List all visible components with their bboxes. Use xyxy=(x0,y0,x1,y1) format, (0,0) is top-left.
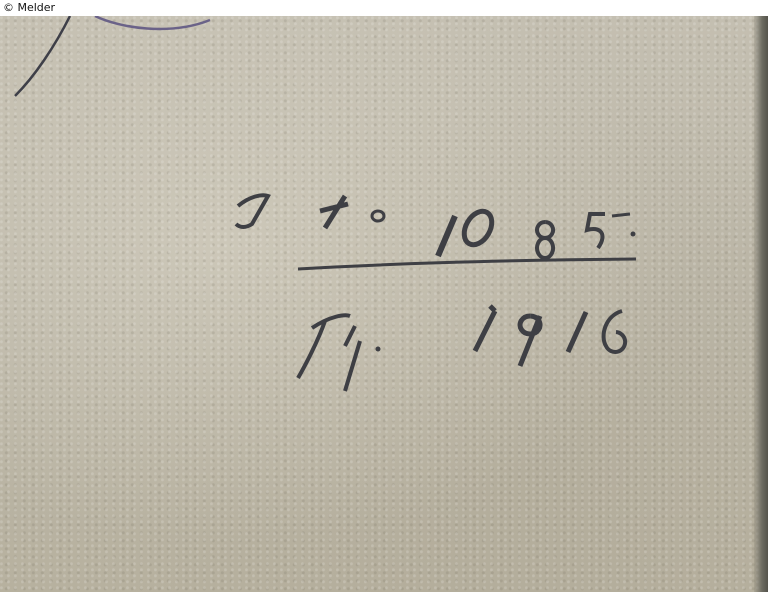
copyright-caption: © Melder xyxy=(0,0,768,16)
handwriting-strokes xyxy=(0,16,768,592)
paper-photo xyxy=(0,16,768,592)
